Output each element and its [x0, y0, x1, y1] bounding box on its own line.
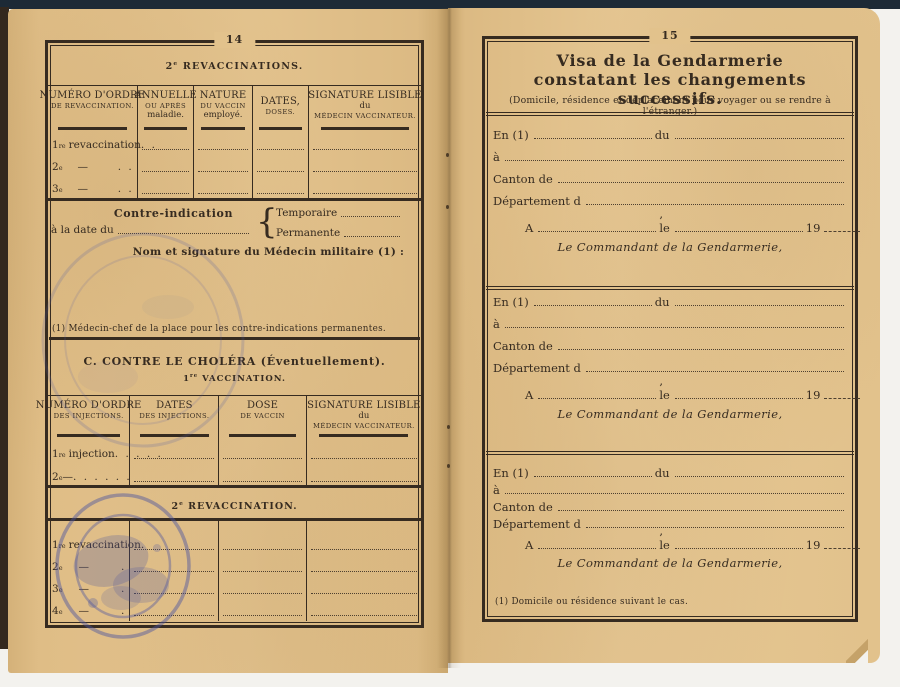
booklet-right-page: 15 Visa de la Gendarmerie constatant les…	[448, 8, 880, 663]
table-blank-cell	[252, 133, 308, 155]
table-row-label-cell: 2e—. . . . . .	[48, 464, 129, 487]
temporaire-label: Temporaire	[276, 207, 337, 219]
dotted-field	[198, 170, 247, 172]
header-line: DE REVACCINATION.	[51, 102, 134, 110]
dotted-field	[313, 170, 417, 172]
header-line: ANNUELLE	[134, 90, 197, 101]
en-label: En (1)	[493, 128, 529, 142]
row-ordinal: 1	[52, 539, 59, 551]
table-header-cell: ANNUELLE OU APRÈS maladie.	[137, 86, 194, 133]
row-ordinal: 3	[52, 183, 59, 195]
header-line: NUMÉRO D'ORDRE	[40, 90, 146, 101]
dotted-field	[534, 304, 652, 306]
table-row-label-cell: 1rerevaccination. .	[48, 133, 137, 155]
row-label: —	[63, 471, 74, 483]
table-blank-cell	[137, 155, 194, 177]
table-row-label-cell: 3e—.	[48, 577, 129, 599]
dotted-field	[558, 348, 844, 350]
field-line-departement: Département d	[493, 358, 847, 375]
du-label: du	[655, 128, 670, 142]
table-blank-cell	[308, 177, 421, 199]
signature-caption: Le Commandant de la Gendarmerie,	[493, 556, 847, 570]
field-line-en-du: En (1)du	[493, 292, 847, 309]
table-blank-cell	[129, 521, 218, 555]
dotted-field	[341, 215, 400, 217]
scanned-booklet-photo: 14 2e REVACCINATIONS. NUMÉRO D'ORDRE DE …	[0, 0, 900, 687]
field-line-canton: Canton de	[493, 169, 847, 186]
dashed-field	[824, 230, 860, 232]
row-trail-dots: .	[121, 561, 126, 573]
field-line-place-date: A, le19	[493, 535, 847, 552]
table-blank-cell	[129, 599, 218, 621]
dashed-field	[824, 397, 860, 399]
stitch-hole	[446, 153, 449, 157]
table-blank-cell	[306, 599, 421, 621]
dotted-field	[311, 457, 417, 459]
dotted-field	[313, 192, 417, 194]
dotted-field	[134, 592, 214, 594]
row-ordinal: 2	[52, 161, 59, 173]
en-label: En (1)	[493, 466, 529, 480]
table-header-cell: NUMÉRO D'ORDRE DE REVACCINATION.	[48, 86, 137, 133]
header-line: DOSES.	[265, 108, 295, 116]
table-blank-cell	[218, 440, 305, 464]
dotted-field	[675, 475, 844, 477]
le-label: , le	[659, 207, 669, 235]
dotted-field	[505, 492, 844, 494]
page-border-frame: 15 Visa de la Gendarmerie constatant les…	[482, 36, 858, 622]
dotted-field	[538, 230, 656, 232]
field-line-a: à	[493, 147, 847, 164]
departement-label: Département d	[493, 194, 581, 208]
dotted-field	[142, 192, 190, 194]
dotted-field	[675, 304, 844, 306]
a-label: à	[493, 483, 500, 497]
table-blank-cell	[137, 133, 194, 155]
header-line: DE VACCIN	[240, 412, 285, 420]
cholera-vaccination-table: NUMÉRO D'ORDRE DES INJECTIONS. DATES DES…	[48, 395, 421, 488]
permanente-label: Permanente	[276, 227, 340, 239]
row-label: —	[77, 183, 88, 195]
dotted-field	[223, 592, 301, 594]
dotted-field	[134, 457, 214, 459]
stitch-hole	[447, 464, 450, 468]
row-label: —	[79, 605, 90, 617]
dotted-field	[344, 235, 400, 237]
section-title-revaccinations: 2e REVACCINATIONS.	[48, 61, 421, 72]
dotted-field	[558, 181, 844, 183]
visa-block: En (1)du à Canton de Département d A, le…	[493, 125, 847, 254]
table-row-label-cell: 2e—. .	[48, 155, 137, 177]
dotted-field	[257, 170, 304, 172]
year-prefix: 19	[806, 221, 821, 235]
le-label: , le	[659, 374, 669, 402]
row-label: revaccination	[69, 139, 141, 151]
table-blank-cell	[193, 177, 251, 199]
header-underline	[201, 127, 246, 130]
place-label: A	[525, 538, 533, 552]
dotted-field	[311, 480, 417, 482]
header-line: employé.	[204, 110, 243, 120]
header-underline	[140, 434, 209, 437]
dotted-field	[223, 614, 301, 616]
row-trail-dots: .	[121, 605, 126, 617]
dotted-field	[142, 148, 190, 150]
table-blank-cell	[218, 464, 305, 487]
table-header-cell: DOSE DE VACCIN	[218, 396, 305, 440]
table-blank-cell	[308, 155, 421, 177]
table-blank-cell	[252, 177, 308, 199]
dotted-field	[675, 230, 803, 232]
header-line: DES INJECTIONS.	[139, 412, 209, 420]
year-prefix: 19	[806, 538, 821, 552]
field-line-canton: Canton de	[493, 336, 847, 353]
table-header-cell: SIGNATURE LISIBLE du MÉDECIN VACCINATEUR…	[308, 86, 421, 133]
section-title-rest: REVACCINATION.	[184, 501, 298, 512]
dotted-field	[586, 526, 844, 528]
header-line: NUMÉRO D'ORDRE	[36, 400, 142, 411]
visa-block: En (1)du à Canton de Département d A, le…	[493, 463, 847, 570]
row-ordinal: 2	[52, 471, 59, 483]
header-line: DES INJECTIONS.	[54, 412, 124, 420]
dotted-field	[538, 397, 656, 399]
subtitle-num: 1	[183, 374, 190, 384]
section-title-revaccination-2: 2e REVACCINATION.	[48, 501, 421, 512]
table-blank-cell	[252, 155, 308, 177]
table-blank-cell	[137, 177, 194, 199]
table-blank-cell	[129, 555, 218, 577]
dotted-field	[538, 547, 656, 549]
visa-block: En (1)du à Canton de Département d A, le…	[493, 292, 847, 421]
header-line: MÉDECIN VACCINATEUR.	[314, 112, 416, 120]
header-line: OU APRÈS	[145, 102, 186, 110]
place-label: A	[525, 388, 533, 402]
row-ordinal: 1	[52, 139, 59, 151]
departement-label: Département d	[493, 517, 581, 531]
revaccinations-table: NUMÉRO D'ORDRE DE REVACCINATION. ANNUELL…	[48, 85, 421, 201]
dotted-field	[134, 548, 214, 550]
row-label: —	[79, 583, 90, 595]
header-underline	[259, 127, 302, 130]
table-blank-cell	[129, 464, 218, 487]
table-header-cell: DATES DES INJECTIONS.	[129, 396, 218, 440]
canton-label: Canton de	[493, 172, 553, 186]
section-divider-rule	[49, 337, 420, 340]
page-border-frame: 14 2e REVACCINATIONS. NUMÉRO D'ORDRE DE …	[45, 40, 424, 628]
right-page-footnote: (1) Domicile ou résidence suivant le cas…	[495, 597, 688, 607]
field-line-place-date: A, le19	[493, 218, 847, 235]
double-rule	[486, 451, 854, 455]
dotted-field	[675, 137, 844, 139]
dotted-field	[223, 570, 301, 572]
table-blank-cell	[129, 577, 218, 599]
dotted-field	[675, 547, 803, 549]
row-label: —	[77, 161, 88, 173]
row-trail-dots: . . . . . .	[73, 471, 132, 483]
a-label: à	[493, 317, 500, 331]
table-header-cell: NATURE DU VACCIN employé.	[193, 86, 251, 133]
le-label: , le	[659, 524, 669, 552]
header-underline	[229, 434, 296, 437]
field-line-departement: Département d	[493, 514, 847, 531]
table-header-cell: DATES, DOSES.	[252, 86, 308, 133]
header-line: maladie.	[147, 110, 184, 120]
header-underline	[144, 127, 187, 130]
date-label: à la date du	[51, 224, 114, 236]
table-blank-cell	[306, 577, 421, 599]
year-prefix: 19	[806, 388, 821, 402]
dashed-field	[824, 547, 860, 549]
table-blank-cell	[129, 440, 218, 464]
dotted-field	[311, 592, 417, 594]
table-row-label-cell: 4e—.	[48, 599, 129, 621]
table-blank-cell	[193, 155, 251, 177]
table-blank-cell	[193, 133, 251, 155]
dotted-field	[223, 480, 301, 482]
dotted-field	[586, 370, 844, 372]
table-header-cell: NUMÉRO D'ORDRE DES INJECTIONS.	[48, 396, 129, 440]
row-trail-dots: . .	[118, 161, 134, 173]
dotted-field	[118, 232, 249, 234]
double-rule	[486, 112, 854, 116]
table-blank-cell	[306, 440, 421, 464]
canton-label: Canton de	[493, 500, 553, 514]
departement-label: Département d	[493, 361, 581, 375]
dotted-field	[313, 148, 417, 150]
stitch-hole	[446, 205, 449, 209]
table-row-label-cell: 1rerevaccination.	[48, 521, 129, 555]
subtitle-sup: re	[190, 373, 198, 379]
field-line-place-date: A, le19	[493, 385, 847, 402]
field-line-canton: Canton de	[493, 497, 847, 514]
dotted-field	[257, 148, 304, 150]
du-label: du	[655, 295, 670, 309]
dotted-field	[311, 614, 417, 616]
table-row-label-cell: 2e—.	[48, 555, 129, 577]
header-underline	[58, 127, 127, 130]
dotted-field	[134, 480, 214, 482]
dotted-field	[223, 457, 301, 459]
header-line: SIGNATURE LISIBLE	[308, 90, 421, 101]
table-blank-cell	[306, 464, 421, 487]
en-label: En (1)	[493, 295, 529, 309]
row-ordinal: 1	[52, 448, 59, 460]
brace-glyph: {	[256, 201, 278, 243]
field-line-departement: Département d	[493, 191, 847, 208]
row-ordinal: 3	[52, 583, 59, 595]
contre-indication-date-line: à la date du	[51, 224, 253, 236]
field-line-a: à	[493, 314, 847, 331]
header-line: MÉDECIN VACCINATEUR.	[313, 422, 415, 430]
field-line-en-du: En (1)du	[493, 463, 847, 480]
booklet-left-page: 14 2e REVACCINATIONS. NUMÉRO D'ORDRE DE …	[8, 9, 448, 673]
dotted-field	[558, 509, 844, 511]
page-number: 15	[649, 28, 690, 44]
row-label: —	[79, 561, 90, 573]
revaccination-2-table: 1rerevaccination. 2e—. 3e—. 4e—.	[48, 518, 421, 619]
place-label: A	[525, 221, 533, 235]
table-blank-cell	[306, 555, 421, 577]
table-blank-cell	[218, 521, 305, 555]
header-line: DU VACCIN	[200, 102, 245, 110]
dotted-field	[311, 570, 417, 572]
table-blank-cell	[306, 521, 421, 555]
header-line: DOSE	[247, 400, 278, 411]
section-title-num: 2	[171, 501, 179, 512]
dotted-field	[198, 192, 247, 194]
table-blank-cell	[218, 577, 305, 599]
row-label: injection	[69, 448, 115, 460]
header-line: DATES,	[261, 96, 301, 107]
row-trail-dots: .	[121, 583, 126, 595]
contre-indication-title: Contre-indication	[76, 207, 271, 220]
dotted-field	[134, 570, 214, 572]
left-page-footnote: (1) Médecin-chef de la place pour les co…	[52, 324, 386, 334]
dotted-field	[534, 475, 652, 477]
dotted-field	[505, 159, 844, 161]
dotted-field	[505, 326, 844, 328]
visa-title-line1: Visa de la Gendarmerie	[485, 51, 855, 70]
header-line: NATURE	[200, 90, 247, 101]
header-underline	[319, 434, 408, 437]
dotted-field	[675, 397, 803, 399]
dotted-field	[534, 137, 652, 139]
dotted-field	[142, 170, 190, 172]
page-number: 14	[214, 32, 255, 48]
signature-caption: Le Commandant de la Gendarmerie,	[493, 240, 847, 254]
row-ordinal: 2	[52, 561, 59, 573]
header-line: SIGNATURE LISIBLE	[307, 400, 420, 411]
canton-label: Canton de	[493, 339, 553, 353]
a-label: à	[493, 150, 500, 164]
field-line-a: à	[493, 480, 847, 497]
signature-caption: Le Commandant de la Gendarmerie,	[493, 407, 847, 421]
row-trail-dots: . .	[118, 183, 134, 195]
header-line: du	[358, 411, 369, 421]
stitch-hole	[447, 425, 450, 429]
subtitle-rest: VACCINATION.	[198, 374, 286, 384]
header-line: du	[360, 101, 371, 111]
dotted-field	[311, 548, 417, 550]
dotted-field	[257, 192, 304, 194]
dotted-field	[223, 548, 301, 550]
table-row-label-cell: 3e—. .	[48, 177, 137, 199]
table-row-label-cell: 1reinjection. . . . .	[48, 440, 129, 464]
table-blank-cell	[308, 133, 421, 155]
table-blank-cell	[218, 555, 305, 577]
permanente-line: Permanente	[276, 227, 404, 239]
dotted-field	[586, 203, 844, 205]
header-underline	[57, 434, 120, 437]
header-underline	[321, 127, 408, 130]
table-blank-cell	[218, 599, 305, 621]
header-line: DATES	[156, 400, 193, 411]
section-subtitle-vaccination: 1re VACCINATION.	[48, 374, 421, 384]
section-title-rest: REVACCINATIONS.	[178, 61, 303, 72]
section-title-cholera: C. CONTRE LE CHOLÉRA (Éventuellement).	[48, 355, 421, 368]
du-label: du	[655, 466, 670, 480]
dotted-field	[198, 148, 247, 150]
dotted-field	[134, 614, 214, 616]
nom-signature-caption: Nom et signature du Médecin militaire (1…	[118, 246, 419, 258]
row-ordinal: 4	[52, 605, 59, 617]
temporaire-line: Temporaire	[276, 207, 404, 219]
field-line-en-du: En (1)du	[493, 125, 847, 142]
page-corner-fold	[846, 639, 868, 663]
double-rule	[486, 286, 854, 290]
table-header-cell: SIGNATURE LISIBLE du MÉDECIN VACCINATEUR…	[306, 396, 421, 440]
